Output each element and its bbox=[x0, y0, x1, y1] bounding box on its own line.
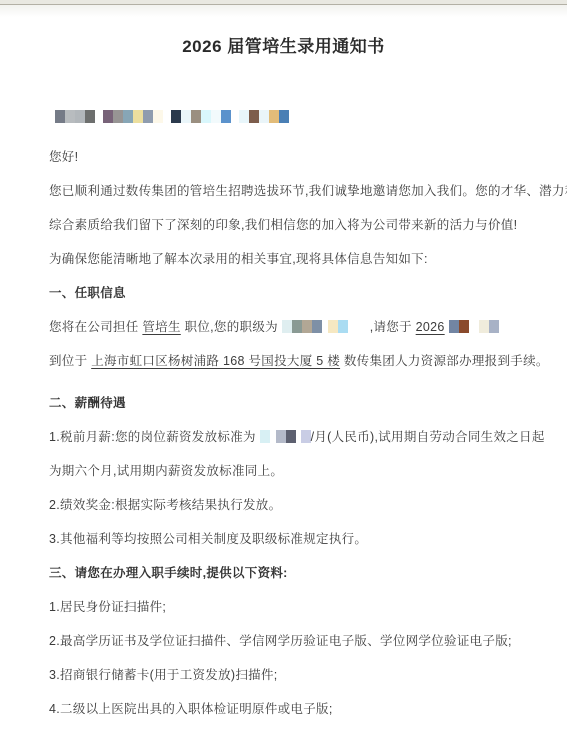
underlined-text: 2026 bbox=[416, 320, 445, 334]
text-run: 4.二级以上医院出具的入职体检证明原件或电子版; bbox=[49, 702, 333, 716]
redaction-block bbox=[449, 320, 459, 333]
salary-line-2: 为期六个月,试用期内薪资发放标准同上。 bbox=[49, 463, 518, 480]
text-run: 职位,您的职级为 bbox=[181, 320, 282, 334]
underlined-text: 管培生 bbox=[142, 320, 180, 334]
redaction-block bbox=[181, 110, 191, 123]
text-run: 1.税前月薪:您的岗位薪资发放标准为 bbox=[49, 430, 260, 444]
redaction-block bbox=[171, 110, 181, 123]
position-line: 您将在公司担任 管培生 职位,您的职级为 ,请您于 2026 bbox=[49, 319, 518, 336]
section-heading-2: 二、薪酬待遇 bbox=[49, 395, 518, 412]
text-run: 1.居民身份证扫描件; bbox=[49, 600, 166, 614]
text-run: ,请您于 bbox=[370, 320, 416, 334]
text-run: 为期六个月,试用期内薪资发放标准同上。 bbox=[49, 464, 283, 478]
redaction-block bbox=[85, 110, 95, 123]
inline-redaction bbox=[276, 430, 296, 443]
redaction-block bbox=[133, 110, 143, 123]
redaction-block-group bbox=[171, 110, 231, 123]
material-item-4: 4.二级以上医院出具的入职体检证明原件或电子版; bbox=[49, 701, 518, 718]
redaction-block bbox=[292, 320, 302, 333]
document-body: 您好!您已顺利通过数传集团的管培生招聘选拔环节,我们诚挚地邀请您加入我们。您的才… bbox=[49, 110, 518, 718]
redaction-block bbox=[239, 110, 249, 123]
redaction-block bbox=[123, 110, 133, 123]
spacer bbox=[469, 330, 479, 331]
text-run: 3.其他福利等均按照公司相关制度及职级标准规定执行。 bbox=[49, 532, 367, 546]
redaction-block bbox=[286, 430, 296, 443]
address-line: 到位于 上海市虹口区杨树浦路 168 号国投大厦 5 楼 数传集团人力资源部办理… bbox=[49, 353, 518, 370]
redaction-block bbox=[269, 110, 279, 123]
redaction-block bbox=[302, 320, 312, 333]
redaction-block bbox=[249, 110, 259, 123]
redaction-block-group bbox=[55, 110, 95, 123]
inline-redaction bbox=[449, 320, 469, 333]
underlined-text: 上海市虹口区杨树浦路 168 号国投大厦 5 楼 bbox=[91, 354, 340, 368]
redaction-block bbox=[301, 430, 311, 443]
redaction-block bbox=[259, 110, 269, 123]
intro-line-1: 您已顺利通过数传集团的管培生招聘选拔环节,我们诚挚地邀请您加入我们。您的才华、潜… bbox=[49, 183, 518, 200]
redaction-block bbox=[312, 320, 322, 333]
text-run: 您将在公司担任 bbox=[49, 320, 142, 334]
text-run: 2.最高学历证书及学位证扫描件、学信网学历验证电子版、学位网学位验证电子版; bbox=[49, 634, 512, 648]
document-title: 2026 届管培生录用通知书 bbox=[49, 38, 518, 55]
viewer-top-fade bbox=[0, 5, 567, 17]
inline-redaction bbox=[301, 430, 311, 443]
redaction-block bbox=[479, 320, 489, 333]
inline-redaction bbox=[282, 320, 322, 333]
bonus-line: 2.绩效奖金:根据实际考核结果执行发放。 bbox=[49, 497, 518, 514]
text-run: 2.绩效奖金:根据实际考核结果执行发放。 bbox=[49, 498, 281, 512]
redacted-recipient-row bbox=[55, 110, 518, 123]
text-run: 您好! bbox=[49, 150, 78, 164]
redaction-block bbox=[55, 110, 65, 123]
redaction-block bbox=[282, 320, 292, 333]
text-run: 三、请您在办理入职手续时,提供以下资料: bbox=[49, 566, 288, 580]
text-run: 3.招商银行储蓄卡(用于工资发放)扫描件; bbox=[49, 668, 278, 682]
inline-redaction bbox=[479, 320, 499, 333]
redaction-block bbox=[276, 430, 286, 443]
text-run: 综合素质给我们留下了深刻的印象,我们相信您的加入将为公司带来新的活力与价值! bbox=[49, 218, 517, 232]
redaction-block bbox=[489, 320, 499, 333]
redaction-block bbox=[75, 110, 85, 123]
text-run: 到位于 bbox=[49, 354, 91, 368]
redaction-block-group bbox=[239, 110, 289, 123]
redaction-block bbox=[459, 320, 469, 333]
intro-line-2: 综合素质给我们留下了深刻的印象,我们相信您的加入将为公司带来新的活力与价值! bbox=[49, 217, 518, 234]
text-run: 您已顺利通过数传集团的管培生招聘选拔环节,我们诚挚地邀请您加入我们。您的才华、潜… bbox=[49, 184, 567, 198]
notice-line: 为确保您能清晰地了解本次录用的相关事宜,现将具体信息告知如下: bbox=[49, 251, 518, 268]
salary-line-1: 1.税前月薪:您的岗位薪资发放标准为 /月(人民币),试用期自劳动合同生效之日起 bbox=[49, 429, 518, 446]
spacer bbox=[348, 330, 370, 331]
redaction-block-group bbox=[103, 110, 163, 123]
redaction-block bbox=[260, 430, 270, 443]
redaction-block bbox=[113, 110, 123, 123]
redaction-block bbox=[211, 110, 221, 123]
redaction-block bbox=[201, 110, 211, 123]
material-item-2: 2.最高学历证书及学位证扫描件、学信网学历验证电子版、学位网学位验证电子版; bbox=[49, 633, 518, 650]
material-item-1: 1.居民身份证扫描件; bbox=[49, 599, 518, 616]
text-run: 一、任职信息 bbox=[49, 286, 126, 300]
redaction-block bbox=[191, 110, 201, 123]
redaction-block bbox=[153, 110, 163, 123]
redaction-block bbox=[279, 110, 289, 123]
redaction-block bbox=[65, 110, 75, 123]
redaction-block bbox=[338, 320, 348, 333]
text-run: 数传集团人力资源部办理报到手续。 bbox=[340, 354, 549, 368]
redaction-block bbox=[221, 110, 231, 123]
material-item-3: 3.招商银行储蓄卡(用于工资发放)扫描件; bbox=[49, 667, 518, 684]
text-run: 二、薪酬待遇 bbox=[49, 396, 126, 410]
text-run: 为确保您能清晰地了解本次录用的相关事宜,现将具体信息告知如下: bbox=[49, 252, 428, 266]
redaction-block bbox=[143, 110, 153, 123]
greeting-line: 您好! bbox=[49, 149, 518, 166]
section-heading-3: 三、请您在办理入职手续时,提供以下资料: bbox=[49, 565, 518, 582]
text-run: /月(人民币),试用期自劳动合同生效之日起 bbox=[311, 430, 545, 444]
benefits-line: 3.其他福利等均按照公司相关制度及职级标准规定执行。 bbox=[49, 531, 518, 548]
redaction-block bbox=[328, 320, 338, 333]
section-heading-1: 一、任职信息 bbox=[49, 285, 518, 302]
redaction-block bbox=[103, 110, 113, 123]
inline-redaction bbox=[260, 430, 270, 443]
inline-redaction bbox=[328, 320, 348, 333]
offer-letter-document: 2026 届管培生录用通知书 您好!您已顺利通过数传集团的管培生招聘选拔环节,我… bbox=[0, 38, 567, 718]
